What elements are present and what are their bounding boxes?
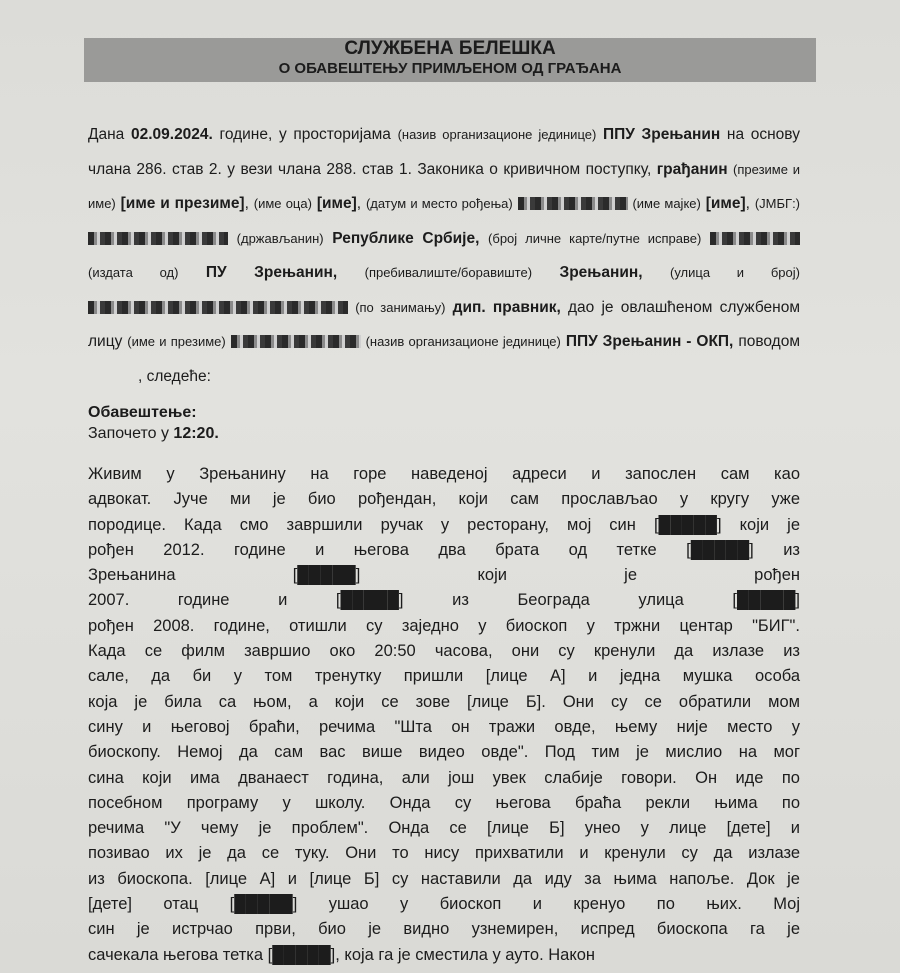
statement-date: 02.09.2024.	[131, 126, 213, 143]
field-label: (улица и број)	[670, 265, 800, 280]
statement-line: 2007. године и [█████] из Београда улица…	[88, 588, 800, 613]
mother-name: [име]	[706, 195, 746, 212]
statement-line: породице. Када смо завршили ручак у рест…	[88, 513, 800, 538]
statement-line: сину и његовој браћи, речима "Шта он тра…	[88, 715, 800, 740]
redacted-officer-name	[231, 335, 361, 348]
statement-line: сачекала његова тетка [█████], која га ј…	[88, 943, 800, 968]
date-prefix: Дана	[88, 126, 124, 143]
statement-line: Зрењанина [█████] који је рођен	[88, 563, 800, 588]
residence: Зрењанин,	[560, 264, 643, 281]
field-label: (број личне карте/путне исправе)	[488, 231, 701, 246]
field-label: (пребивалиште/боравиште)	[365, 265, 532, 280]
started-label: Започето у	[88, 425, 169, 442]
statement-line: речима "У чему је проблем". Онда се [лиц…	[88, 816, 800, 841]
field-label: (назив организационе јединице)	[366, 334, 561, 349]
issued-by: ПУ Зрењанин,	[206, 264, 337, 281]
statement-line: рођен 2012. године и његова два брата од…	[88, 538, 800, 563]
started-time: 12:20.	[173, 425, 218, 442]
header-text: поводом	[738, 333, 800, 350]
statement-header: Дана 02.09.2024. године, у просторијама …	[88, 118, 800, 394]
document-title: СЛУЖБЕНА БЕЛЕШКА	[84, 38, 816, 60]
citizen-label: грађанин	[657, 161, 728, 178]
document-subtitle: О ОБАВЕШТЕЊУ ПРИМЉЕНОМ ОД ГРАЂАНА	[84, 60, 816, 78]
redacted-birth-info	[518, 197, 628, 210]
field-label: (име оца)	[254, 196, 312, 211]
statement-line: биоскопу. Немој да сам вас више видео ов…	[88, 740, 800, 765]
field-label: (ЈМБГ:)	[755, 196, 800, 211]
statement-line: позивао их је да се туку. Они то нису пр…	[88, 841, 800, 866]
statement-line: из биоскопа. [лице А] и [лице Б] су наст…	[88, 867, 800, 892]
field-label: (држављанин)	[237, 231, 324, 246]
field-label: (назив организационе јединице)	[398, 127, 597, 142]
field-label: (по занимању)	[355, 300, 445, 315]
statement-line: која је била са њом, а који се зове [лиц…	[88, 690, 800, 715]
statement-line: сале, да би у том тренутку пришли [лице …	[88, 664, 800, 689]
field-label: (датум и место рођења)	[366, 196, 513, 211]
notice-label: Обавештење:	[88, 404, 197, 421]
field-label: (име мајке)	[632, 196, 700, 211]
statement-line: адвокат. Јуче ми је био рођендан, који с…	[88, 487, 800, 512]
citizen-name: [име и презиме]	[121, 195, 245, 212]
org-unit: ППУ Зрењанин	[603, 126, 720, 143]
statement-line: посебном програму у школу. Онда су његов…	[88, 791, 800, 816]
statement-line: Живим у Зрењанину на горе наведеној адре…	[88, 462, 800, 487]
statement-line: рођен 2008. године, отишли су заједно у …	[88, 614, 800, 639]
redacted-address	[88, 301, 348, 314]
occupation: дип. правник,	[453, 299, 561, 316]
field-label: (издата од)	[88, 265, 178, 280]
header-text: године, у просторијама	[220, 126, 391, 143]
redacted-jmbg	[88, 232, 228, 245]
statement-line: син је истрчао први, био је видно узнеми…	[88, 917, 800, 942]
notice-block: Обавештење: Започето у 12:20.	[88, 402, 219, 444]
header-text: , следеће:	[138, 368, 211, 385]
statement-line: [дете] отац [█████] ушао у биоскоп и кре…	[88, 892, 800, 917]
redacted-id-number	[710, 232, 800, 245]
document-title-band: СЛУЖБЕНА БЕЛЕШКА О ОБАВЕШТЕЊУ ПРИМЉЕНОМ …	[84, 38, 816, 82]
citizenship: Републике Србије,	[332, 230, 479, 247]
org-unit-okp: ППУ Зрењанин - ОКП,	[566, 333, 734, 350]
father-name: [име]	[317, 195, 357, 212]
field-label: (име и презиме)	[127, 334, 225, 349]
statement-line: Када се филм завршио око 20:50 часова, о…	[88, 639, 800, 664]
statement-body: Живим у Зрењанину на горе наведеној адре…	[88, 462, 800, 968]
statement-line: сина који има дванаест година, али још у…	[88, 766, 800, 791]
